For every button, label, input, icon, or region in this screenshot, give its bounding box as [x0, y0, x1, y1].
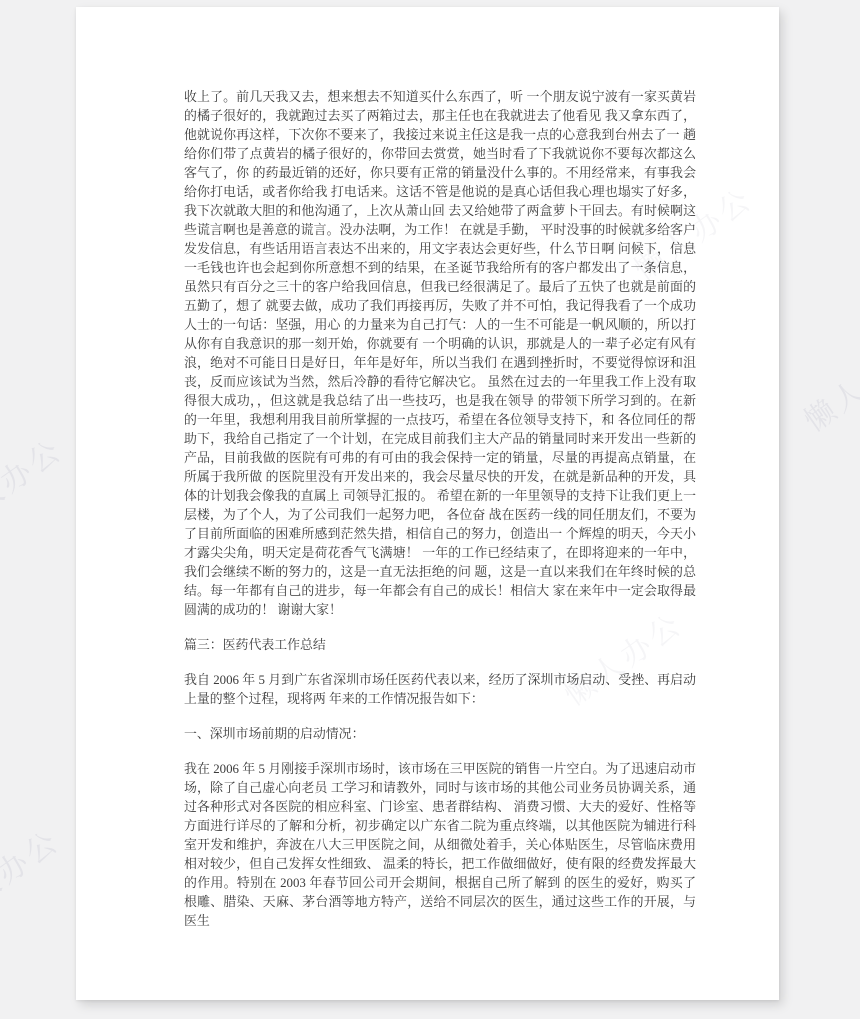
- document-content: 收上了。前几天我又去，想来想去不知道买什么东西了，听 一个朋友说宁波有一家买黄岩…: [184, 88, 696, 947]
- section-heading: 篇三：医药代表工作总结: [184, 636, 696, 655]
- section-heading: 一、深圳市场前期的启动情况：: [184, 725, 696, 744]
- document-page: 懒人办公 懒人办公 收上了。前几天我又去，想来想去不知道买什么东西了，听 一个朋…: [76, 7, 779, 1000]
- body-paragraph: 我在 2006 年 5 月刚接手深圳市场时，该市场在三甲医院的销售一片空白。为了…: [184, 760, 696, 931]
- body-paragraph: 收上了。前几天我又去，想来想去不知道买什么东西了，听 一个朋友说宁波有一家买黄岩…: [184, 88, 696, 620]
- document-viewer-background: 懒人办公 懒人办公 懒人办公 懒人办公 懒人办公 收上了。前几天我又去，想来想去…: [0, 0, 860, 1019]
- watermark-text: 懒人办公: [0, 817, 67, 931]
- watermark-text: 懒人办公: [794, 326, 860, 440]
- watermark-text: 懒人办公: [0, 426, 70, 540]
- body-paragraph: 我自 2006 年 5 月到广东省深圳市场任医药代表以来，经历了深圳市场启动、受…: [184, 671, 696, 709]
